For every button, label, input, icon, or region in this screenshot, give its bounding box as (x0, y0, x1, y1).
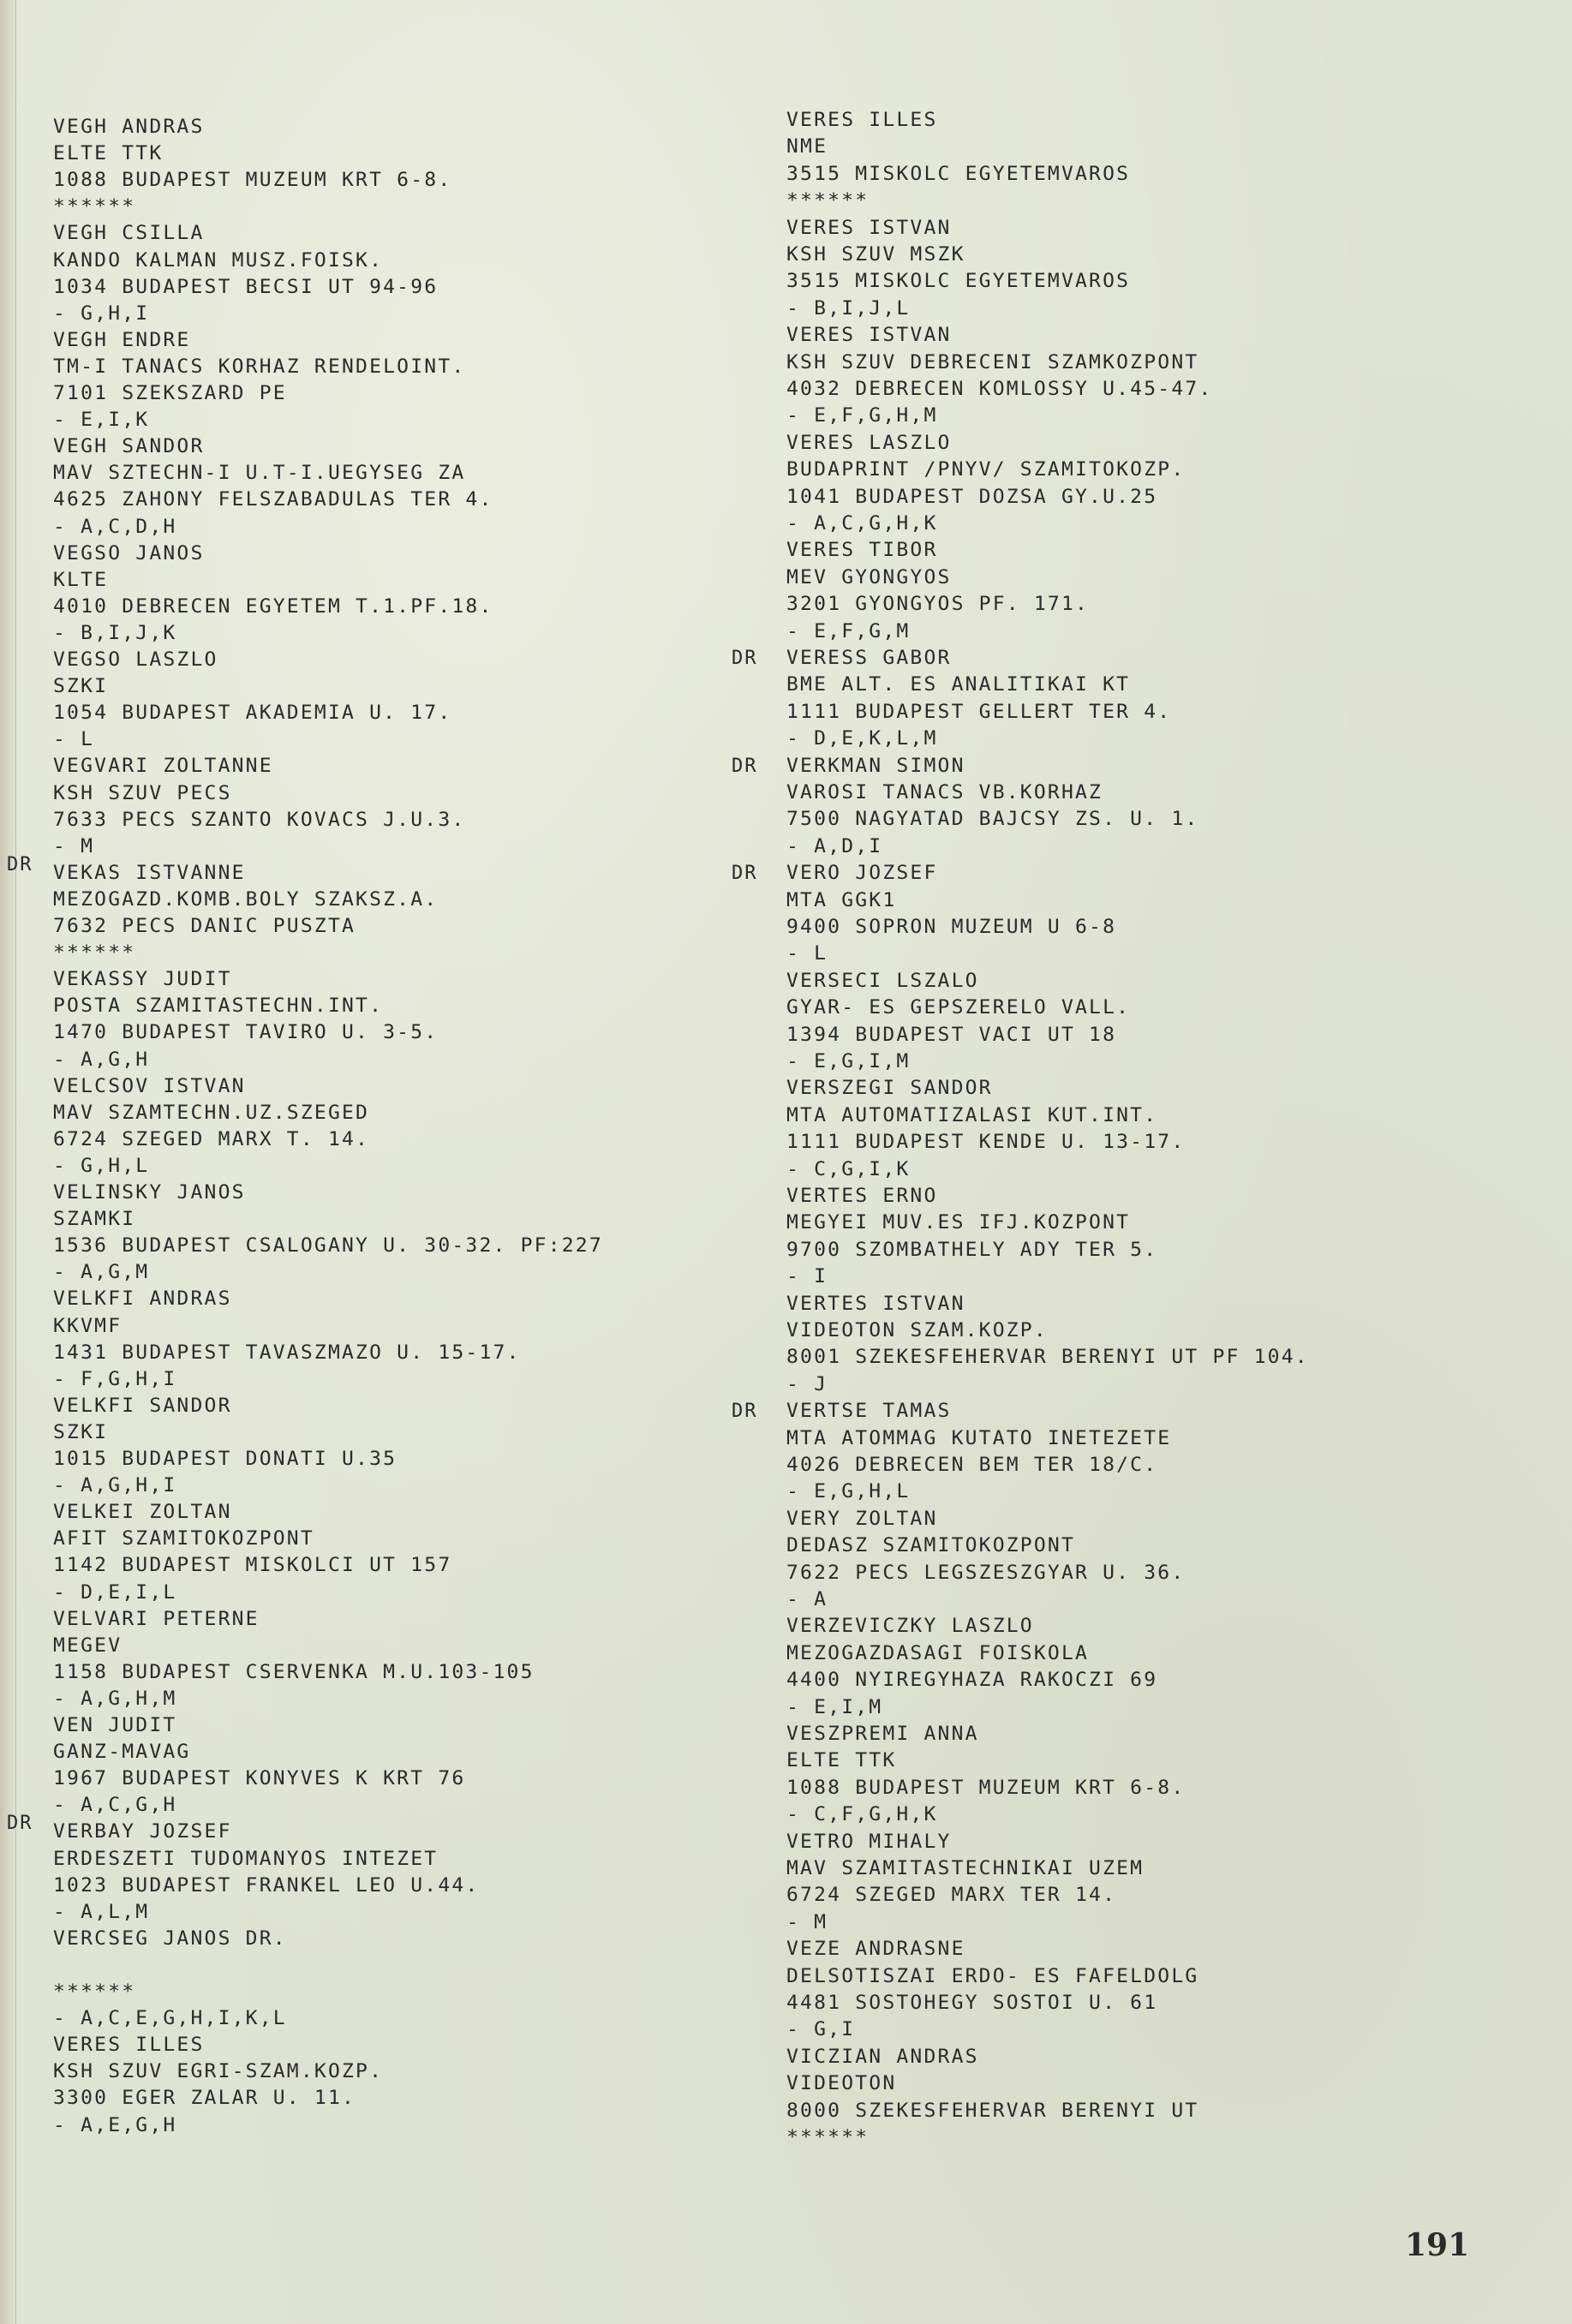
entry-name: VEGH CSILLA (53, 223, 205, 244)
entry-codes: - G,H,I (53, 303, 149, 325)
entry-address: 4010 DEBRECEN EGYETEM T.1.PF.18. (53, 596, 493, 618)
entry-codes: - A,G,H,I (53, 1475, 176, 1497)
entry-name: VEGVARI ZOLTANNE (53, 756, 273, 777)
entry-name: VERES ISTVAN (786, 218, 952, 239)
entry-institution: DEDASZ SZAMITOKOZPONT (786, 1535, 1075, 1556)
entry-codes: ****** (53, 942, 135, 964)
entry-address: 7633 PECS SZANTO KOVACS J.U.3. (53, 810, 465, 831)
entry-address: 4400 NYIREGYHAZA RAKOCZI 69 (786, 1670, 1157, 1691)
entry-codes: - C,G,I,K (786, 1159, 910, 1180)
entry-institution: ELTE TTK (53, 143, 163, 164)
entry-codes: - A,L,M (53, 1902, 149, 1923)
entry-institution: DELSOTISZAI ERDO- ES FAFELDOLG (786, 1966, 1198, 1987)
entry-address: 1041 BUDAPEST DOZSA GY.U.25 (786, 487, 1157, 508)
entry-name: VERSECI LSZALO (786, 971, 979, 992)
entry-name: VELKEI ZOLTAN (53, 1502, 232, 1523)
entry-codes: - A,G,H (53, 1049, 149, 1071)
entry-codes: - E,G,I,M (786, 1051, 910, 1072)
entry-address: 1536 BUDAPEST CSALOGANY U. 30-32. PF:227 (53, 1235, 603, 1257)
entry-institution: MEZOGAZDASAGI FOISKOLA (786, 1643, 1089, 1664)
entry-institution: VIDEOTON SZAM.KOZP. (786, 1320, 1048, 1341)
entry-codes: - G,I (786, 2019, 855, 2040)
entry-address: 6724 SZEGED MARX TER 14. (786, 1885, 1116, 1906)
entry-codes: - D,E,K,L,M (786, 728, 938, 750)
entry-institution: MEV GYONGYOS (786, 567, 952, 588)
entry-institution: GYAR- ES GEPSZERELO VALL. (786, 997, 1130, 1019)
entry-address: 1015 BUDAPEST DONATI U.35 (53, 1449, 397, 1470)
entry-name: VEGH SANDOR (53, 436, 205, 457)
entry-codes: - A,G,M (53, 1262, 149, 1283)
entry-name: VERTES ERNO (786, 1186, 938, 1207)
entry-address: 1088 BUDAPEST MUZEUM KRT 6-8. (53, 170, 451, 191)
entry-institution: SZKI (53, 676, 108, 697)
entry-institution: MAV SZAMITASTECHNIKAI UZEM (786, 1858, 1144, 1879)
entry-name: VERTSE TAMAS (786, 1401, 952, 1422)
entry-address: 7632 PECS DANIC PUSZTA (53, 916, 356, 937)
entry-address: 4026 DEBRECEN BEM TER 18/C. (786, 1455, 1157, 1476)
entry-address: 4625 ZAHONY FELSZABADULAS TER 4. (53, 489, 493, 511)
entry-name: VERES ISTVAN (786, 325, 952, 346)
entry-name: VELVARI PETERNE (53, 1609, 260, 1630)
entry-codes: - A,G,H,M (53, 1688, 176, 1710)
entry-name: VERCSEG JANOS DR. (53, 1928, 287, 1950)
entry-name: VEKASSY JUDIT (53, 969, 232, 990)
entry-address: 6724 SZEGED MARX T. 14. (53, 1129, 369, 1150)
entry-codes: - E,I,K (53, 409, 149, 431)
entry-codes: - M (53, 836, 94, 857)
entry-codes: - B,I,J,L (786, 298, 910, 320)
entry-name: VERES ILLES (53, 2034, 205, 2056)
entry-codes: - C,F,G,H,K (786, 1804, 938, 1825)
entry-codes: ****** (786, 2127, 869, 2148)
entry-name: VELKFI ANDRAS (53, 1288, 232, 1310)
entry-name: VERZEVICZKY LASZLO (786, 1616, 1034, 1637)
entry-codes: - E,F,G,H,M (786, 405, 938, 427)
entry-institution: MEZOGAZD.KOMB.BOLY SZAKSZ.A. (53, 889, 438, 911)
entry-institution: KSH SZUV PECS (53, 783, 232, 804)
entry-name: VERO JOZSEF (786, 863, 938, 884)
entry-codes: - A,C,D,H (53, 517, 176, 538)
entry-address: 4481 SOSTOHEGY SOSTOI U. 61 (786, 1992, 1157, 2014)
entry-institution: MEGYEI MUV.ES IFJ.KOZPONT (786, 1212, 1130, 1234)
entry-institution: KSH SZUV EGRI-SZAM.KOZP. (53, 2061, 383, 2082)
entry-institution: BME ALT. ES ANALITIKAI KT (786, 674, 1130, 696)
entry-name: VELKFI SANDOR (53, 1395, 232, 1417)
entry-codes: - E,F,G,M (786, 621, 910, 642)
entry-address: 9400 SOPRON MUZEUM U 6-8 (786, 917, 1116, 938)
entry-institution: TM-I TANACS KORHAZ RENDELOINT. (53, 356, 465, 378)
book-binding-edge (0, 0, 16, 2324)
entry-codes: - G,H,L (53, 1156, 149, 1177)
entry-name: VEGH ANDRAS (53, 116, 205, 138)
entry-address: 4032 DEBRECEN KOMLOSSY U.45-47. (786, 379, 1212, 400)
entry-codes: - A,C,E,G,H,I,K,L (53, 2008, 287, 2029)
entry-name: VERSZEGI SANDOR (786, 1078, 993, 1099)
entry-institution: MTA GGK1 (786, 890, 896, 911)
entry-address: 7622 PECS LEGSZESZGYAR U. 36. (786, 1562, 1185, 1584)
entry-institution: MAV SZAMTECHN.UZ.SZEGED (53, 1102, 369, 1124)
entry-institution: VIDEOTON (786, 2073, 896, 2094)
entry-name: VERES ILLES (786, 110, 938, 131)
entry-codes: - I (786, 1266, 828, 1287)
entry-institution: MTA AUTOMATIZALASI KUT.INT. (786, 1105, 1157, 1126)
entry-address: 3201 GYONGYOS PF. 171. (786, 594, 1089, 615)
entry-codes: - J (786, 1374, 828, 1395)
entry-codes: - A (786, 1589, 828, 1610)
entry-institution: KANDO KALMAN MUSZ.FOISK. (53, 250, 383, 272)
entry-institution: KKVMF (53, 1316, 122, 1337)
entry-address: 1111 BUDAPEST KENDE U. 13-17. (786, 1132, 1185, 1153)
entry-name: VEGH ENDRE (53, 330, 190, 351)
entry-codes: - A,E,G,H (53, 2115, 176, 2136)
entry-institution: KSH SZUV MSZK (786, 244, 965, 266)
entry-codes: - M (786, 1912, 828, 1933)
entry-codes: - A,D,I (786, 836, 882, 857)
entry-institution: KSH SZUV DEBRECENI SZAMKOZPONT (786, 352, 1198, 373)
entry-name: VEKAS ISTVANNE (53, 863, 246, 884)
entry-name: VERES TIBOR (786, 540, 938, 561)
entry-address: 3515 MISKOLC EGYETEMVAROS (786, 164, 1130, 185)
entry-name: VERES LASZLO (786, 433, 952, 454)
entry-address: 3515 MISKOLC EGYETEMVAROS (786, 271, 1130, 292)
entry-name: VICZIAN ANDRAS (786, 2046, 979, 2068)
title-prefix: DR (7, 854, 33, 876)
entry-address: 1470 BUDAPEST TAVIRO U. 3-5. (53, 1022, 438, 1043)
entry-institution: KLTE (53, 570, 108, 591)
entry-name: VEN JUDIT (53, 1715, 176, 1736)
entry-address: 1142 BUDAPEST MISKOLCI UT 157 (53, 1555, 451, 1576)
entry-name: VERKMAN SIMON (786, 756, 965, 777)
entry-institution: VAROSI TANACS VB.KORHAZ (786, 782, 1103, 804)
entry-address: 1431 BUDAPEST TAVASZMAZO U. 15-17. (53, 1342, 521, 1364)
entry-institution: SZAMKI (53, 1209, 135, 1230)
entry-codes: - E,I,M (786, 1697, 882, 1718)
title-prefix: DR (732, 863, 758, 885)
title-prefix: DR (732, 1401, 758, 1423)
entry-codes: - B,I,J,K (53, 623, 176, 644)
entry-address: 3300 EGER ZALAR U. 11. (53, 2088, 356, 2109)
entry-codes: - F,G,H,I (53, 1369, 176, 1390)
entry-institution: SZKI (53, 1422, 108, 1443)
page-number: 191 (1405, 2227, 1469, 2263)
entry-name: VERY ZOLTAN (786, 1509, 938, 1530)
title-prefix: DR (732, 648, 758, 670)
entry-name: VEGSO LASZLO (53, 649, 218, 671)
entry-address: 1034 BUDAPEST BECSI UT 94-96 (53, 277, 438, 298)
entry-codes: - A,C,G,H,K (786, 513, 938, 535)
entry-name: VERESS GABOR (786, 648, 952, 669)
entry-name: VEZE ANDRASNE (786, 1939, 965, 1960)
entry-institution: NME (786, 136, 828, 158)
entry-name: VELINSKY JANOS (53, 1182, 246, 1204)
entry-codes: - L (53, 729, 94, 750)
entry-codes: - A,C,G,H (53, 1795, 176, 1816)
entry-institution: ERDESZETI TUDOMANYOS INTEZET (53, 1849, 438, 1870)
entry-name: VETRO MIHALY (786, 1831, 952, 1853)
entry-name: VERTES ISTVAN (786, 1293, 965, 1315)
entry-codes: - L (786, 943, 828, 965)
entry-address: 1054 BUDAPEST AKADEMIA U. 17. (53, 702, 451, 724)
entry-address: 8001 SZEKESFEHERVAR BERENYI UT PF 104. (786, 1347, 1309, 1368)
entry-address: 9700 SZOMBATHELY ADY TER 5. (786, 1240, 1157, 1261)
entry-address: 1111 BUDAPEST GELLERT TER 4. (786, 702, 1171, 723)
entry-address: ****** (53, 1981, 135, 2003)
entry-address: 7101 SZEKSZARD PE (53, 383, 287, 404)
title-prefix: DR (732, 756, 758, 778)
entry-address: 1967 BUDAPEST KONYVES K KRT 76 (53, 1768, 465, 1789)
entry-address: 8000 SZEKESFEHERVAR BERENYI UT (786, 2100, 1198, 2122)
entry-institution: MTA ATOMMAG KUTATO INETEZETE (786, 1428, 1171, 1449)
entry-institution: POSTA SZAMITASTECHN.INT. (53, 995, 383, 1017)
title-prefix: DR (7, 1813, 33, 1835)
entry-name: VELCSOV ISTVAN (53, 1076, 246, 1097)
entry-address: 1158 BUDAPEST CSERVENKA M.U.103-105 (53, 1662, 535, 1683)
entry-institution: BUDAPRINT /PNYV/ SZAMITOKOZP. (786, 459, 1185, 481)
entry-address: 1088 BUDAPEST MUZEUM KRT 6-8. (786, 1777, 1185, 1799)
entry-address: 7500 NAGYATAD BAJCSY ZS. U. 1. (786, 809, 1198, 830)
entry-codes: ****** (786, 190, 869, 212)
entry-codes: - E,G,H,L (786, 1481, 910, 1503)
entry-name: VEGSO JANOS (53, 543, 205, 565)
entry-name: VERBAY JOZSEF (53, 1821, 232, 1843)
entry-institution: MAV SZTECHN-I U.T-I.UEGYSEG ZA (53, 463, 465, 484)
entry-codes: ****** (53, 196, 135, 218)
entry-institution: GANZ-MAVAG (53, 1742, 190, 1763)
entry-institution: AFIT SZAMITOKOZPONT (53, 1528, 314, 1550)
entry-name: VESZPREMI ANNA (786, 1724, 979, 1745)
entry-address: 1394 BUDAPEST VACI UT 18 (786, 1025, 1116, 1046)
entry-institution: ELTE TTK (786, 1750, 896, 1771)
entry-address: 1023 BUDAPEST FRANKEL LEO U.44. (53, 1875, 479, 1897)
entry-codes: - D,E,I,L (53, 1582, 176, 1604)
entry-institution: MEGEV (53, 1635, 122, 1657)
